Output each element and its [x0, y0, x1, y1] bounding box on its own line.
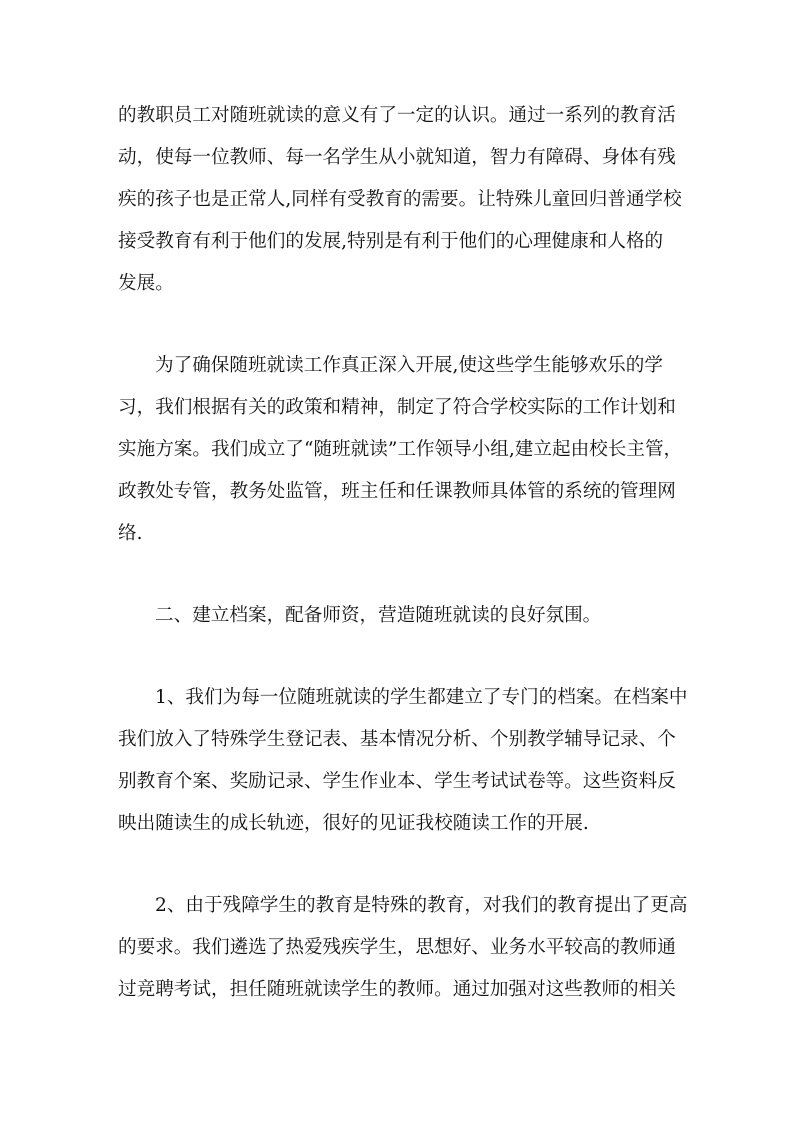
text-line: 2、由于残障学生的教育是特殊的教育，对我们的教育提出了更高 — [118, 885, 678, 927]
paragraph-awareness: 的教职员工对随班就读的意义有了一定的认识。通过一系列的教育活 动，使每一位教师、… — [118, 95, 678, 305]
text-line: 政教处专管，教务处监管，班主任和任课教师具体管的系统的管理网 — [118, 471, 678, 513]
text-line: 的教职员工对随班就读的意义有了一定的认识。通过一系列的教育活 — [118, 95, 678, 137]
paragraph-work-plan: 为了确保随班就读工作真正深入开展,使这些学生能够欢乐的学 习，我们根据有关的政策… — [118, 345, 678, 555]
text-line: 的要求。我们遴选了热爱残疾学生，思想好、业务水平较高的教师通 — [118, 927, 678, 969]
paragraph-item-2-teachers: 2、由于残障学生的教育是特殊的教育，对我们的教育提出了更高 的要求。我们遴选了热… — [118, 885, 678, 1011]
text-line: 我们放入了特殊学生登记表、基本情况分析、个别教学辅导记录、个 — [118, 719, 678, 761]
text-line: 疾的孩子也是正常人,同样有受教育的需要。让特殊儿童回归普通学校 — [118, 179, 678, 221]
text-line: 为了确保随班就读工作真正深入开展,使这些学生能够欢乐的学 — [118, 345, 678, 387]
text-line: 1、我们为每一位随班就读的学生都建立了专门的档案。在档案中 — [118, 677, 678, 719]
section-heading-2: 二、建立档案，配备师资，营造随班就读的良好氛围。 — [118, 595, 678, 637]
text-line: 动，使每一位教师、每一名学生从小就知道，智力有障碍、身体有残 — [118, 137, 678, 179]
text-line: 实施方案。我们成立了“随班就读”工作领导小组,建立起由校长主管， — [118, 429, 678, 471]
text-line: 习，我们根据有关的政策和精神，制定了符合学校实际的工作计划和 — [118, 387, 678, 429]
text-line: 映出随读生的成长轨迹，很好的见证我校随读工作的开展. — [118, 803, 678, 845]
text-line: 络. — [118, 513, 678, 555]
section-heading-text: 二、建立档案，配备师资，营造随班就读的良好氛围。 — [118, 595, 678, 637]
text-line: 过竞聘考试，担任随班就读学生的教师。通过加强对这些教师的相关 — [118, 969, 678, 1011]
text-line: 发展。 — [118, 263, 678, 305]
document-page: 的教职员工对随班就读的意义有了一定的认识。通过一系列的教育活 动，使每一位教师、… — [118, 95, 678, 1051]
text-line: 别教育个案、奖励记录、学生作业本、学生考试试卷等。这些资料反 — [118, 761, 678, 803]
text-line: 接受教育有利于他们的发展,特别是有利于他们的心理健康和人格的 — [118, 221, 678, 263]
paragraph-item-1-archives: 1、我们为每一位随班就读的学生都建立了专门的档案。在档案中 我们放入了特殊学生登… — [118, 677, 678, 845]
